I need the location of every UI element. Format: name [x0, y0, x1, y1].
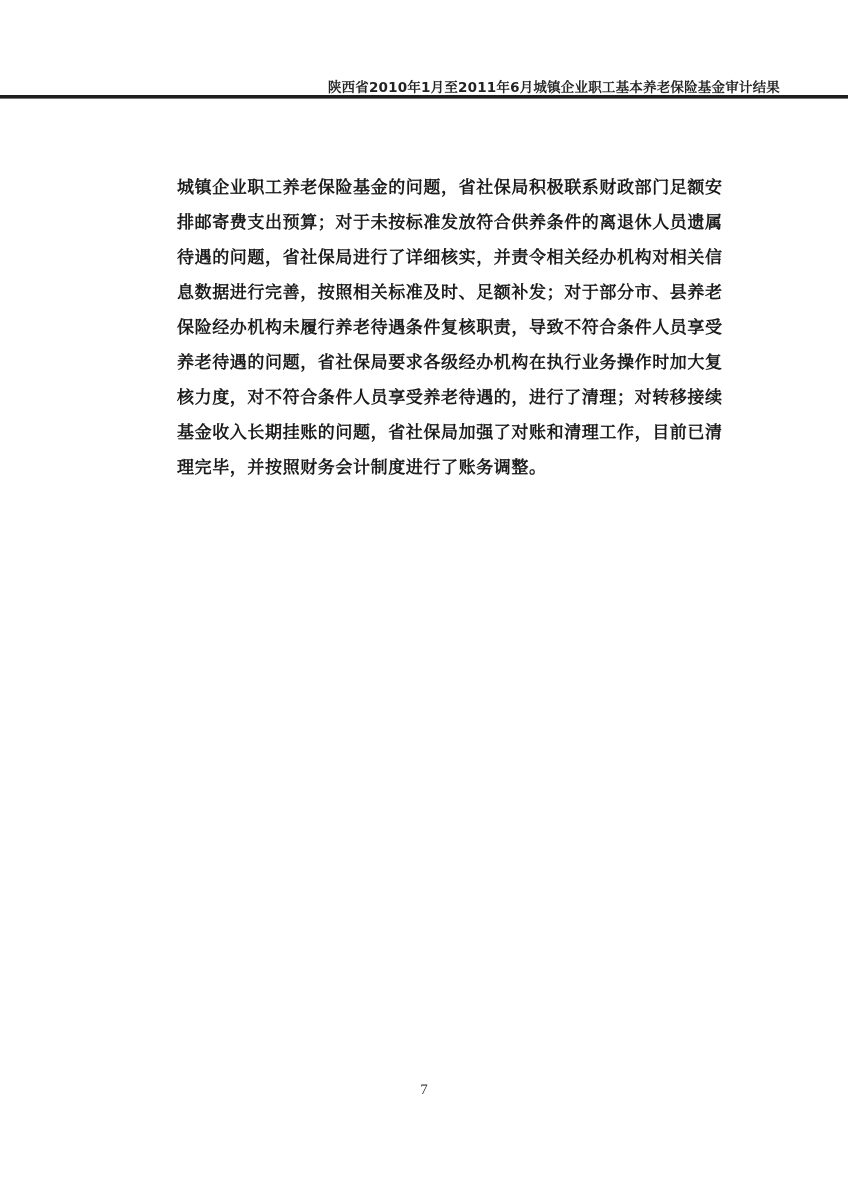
paragraph-line: 息数据进行完善，按照相关标准及时、足额补发；对于部分市、县养老 — [177, 279, 777, 314]
paragraph-line: 排邮寄费支出预算；对于未按标准发放符合供养条件的离退休人员遗属 — [177, 209, 777, 244]
running-header-title: 陕西省2010年1月至2011年6月城镇企业职工基本养老保险基金审计结果 — [328, 76, 780, 96]
paragraph-line: 核力度，对不符合条件人员享受养老待遇的，进行了清理；对转移接续 — [177, 384, 777, 419]
paragraph-line: 城镇企业职工养老保险基金的问题，省社保局积极联系财政部门足额安 — [177, 174, 777, 209]
header-rule-divider — [0, 95, 848, 99]
paragraph-line: 养老待遇的问题，省社保局要求各级经办机构在执行业务操作时加大复 — [177, 349, 777, 384]
paragraph-line: 待遇的问题，省社保局进行了详细核实，并责令相关经办机构对相关信 — [177, 244, 777, 279]
paragraph-line: 基金收入长期挂账的问题，省社保局加强了对账和清理工作，目前已清 — [177, 419, 777, 454]
body-paragraph: 城镇企业职工养老保险基金的问题，省社保局积极联系财政部门足额安 排邮寄费支出预算… — [177, 174, 777, 489]
paragraph-line: 保险经办机构未履行养老待遇条件复核职责，导致不符合条件人员享受 — [177, 314, 777, 349]
paragraph-line: 理完毕，并按照财务会计制度进行了账务调整。 — [177, 454, 777, 489]
page-number: 7 — [0, 1082, 848, 1099]
